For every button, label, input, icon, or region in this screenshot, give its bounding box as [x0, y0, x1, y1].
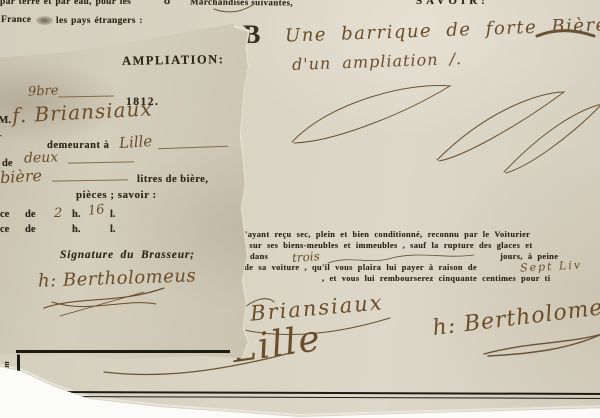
large-flourish-2	[437, 92, 564, 161]
row1-l-label: l.	[110, 209, 116, 220]
slip-title: AMPLIATION:	[122, 52, 225, 69]
paragraph-line2: ité, sur ses biens-meubles et immeubles …	[232, 241, 532, 250]
slip-quantity-handwritten: deux	[24, 149, 59, 166]
ink-blot-stroke	[537, 31, 594, 36]
row2-ce: ce	[0, 224, 9, 235]
row2-de: de	[25, 224, 36, 235]
large-flourish-1	[292, 85, 450, 143]
torn-edge-highlight	[0, 365, 600, 415]
row1-h-label: h.	[72, 209, 80, 220]
row2-l-label: l.	[110, 224, 116, 235]
paragraph-line1: qu'ayant reçu sec, plein et bien conditi…	[235, 230, 530, 239]
slip-residence-handwritten: Lille	[118, 132, 152, 152]
row2-h-label: h.	[72, 224, 80, 235]
bertholomeus-underline	[484, 334, 600, 356]
slip-beer-handwritten: bière	[0, 166, 42, 187]
left-margin-rotated-text: ou m	[2, 361, 11, 378]
row1-qty-handwritten: 2	[54, 206, 62, 221]
slip-signature-label: Signature du Brasseur;	[60, 249, 195, 261]
large-flourish-3	[504, 104, 600, 173]
slip-bottom-rule	[16, 350, 230, 353]
slip-litres-label: litres de bière,	[137, 174, 208, 185]
paragraph-wavy-line	[328, 255, 474, 263]
paragraph-line5: , et vous lui rembourserez cinquante cen…	[322, 274, 550, 283]
slip-month-handwritten: 9bre	[28, 83, 59, 100]
row1-val-handwritten: 16	[87, 202, 105, 219]
ampliation-slip: AMPLIATION: 9bre 1812. M. f. Briansiaux …	[0, 20, 254, 364]
slip-pieces-label: pièces ; savoir :	[76, 189, 157, 201]
photograph-background: par terre et par eau, pour les France le…	[0, 0, 600, 418]
slip-monsieur-label: M.	[0, 114, 11, 126]
paragraph-line4: ix de sa voiture , qu'il vous plaira lui…	[232, 263, 477, 272]
row1-ce: ce	[0, 209, 9, 220]
row1-de: de	[25, 209, 36, 220]
brewer-signature-flourish	[44, 288, 164, 316]
